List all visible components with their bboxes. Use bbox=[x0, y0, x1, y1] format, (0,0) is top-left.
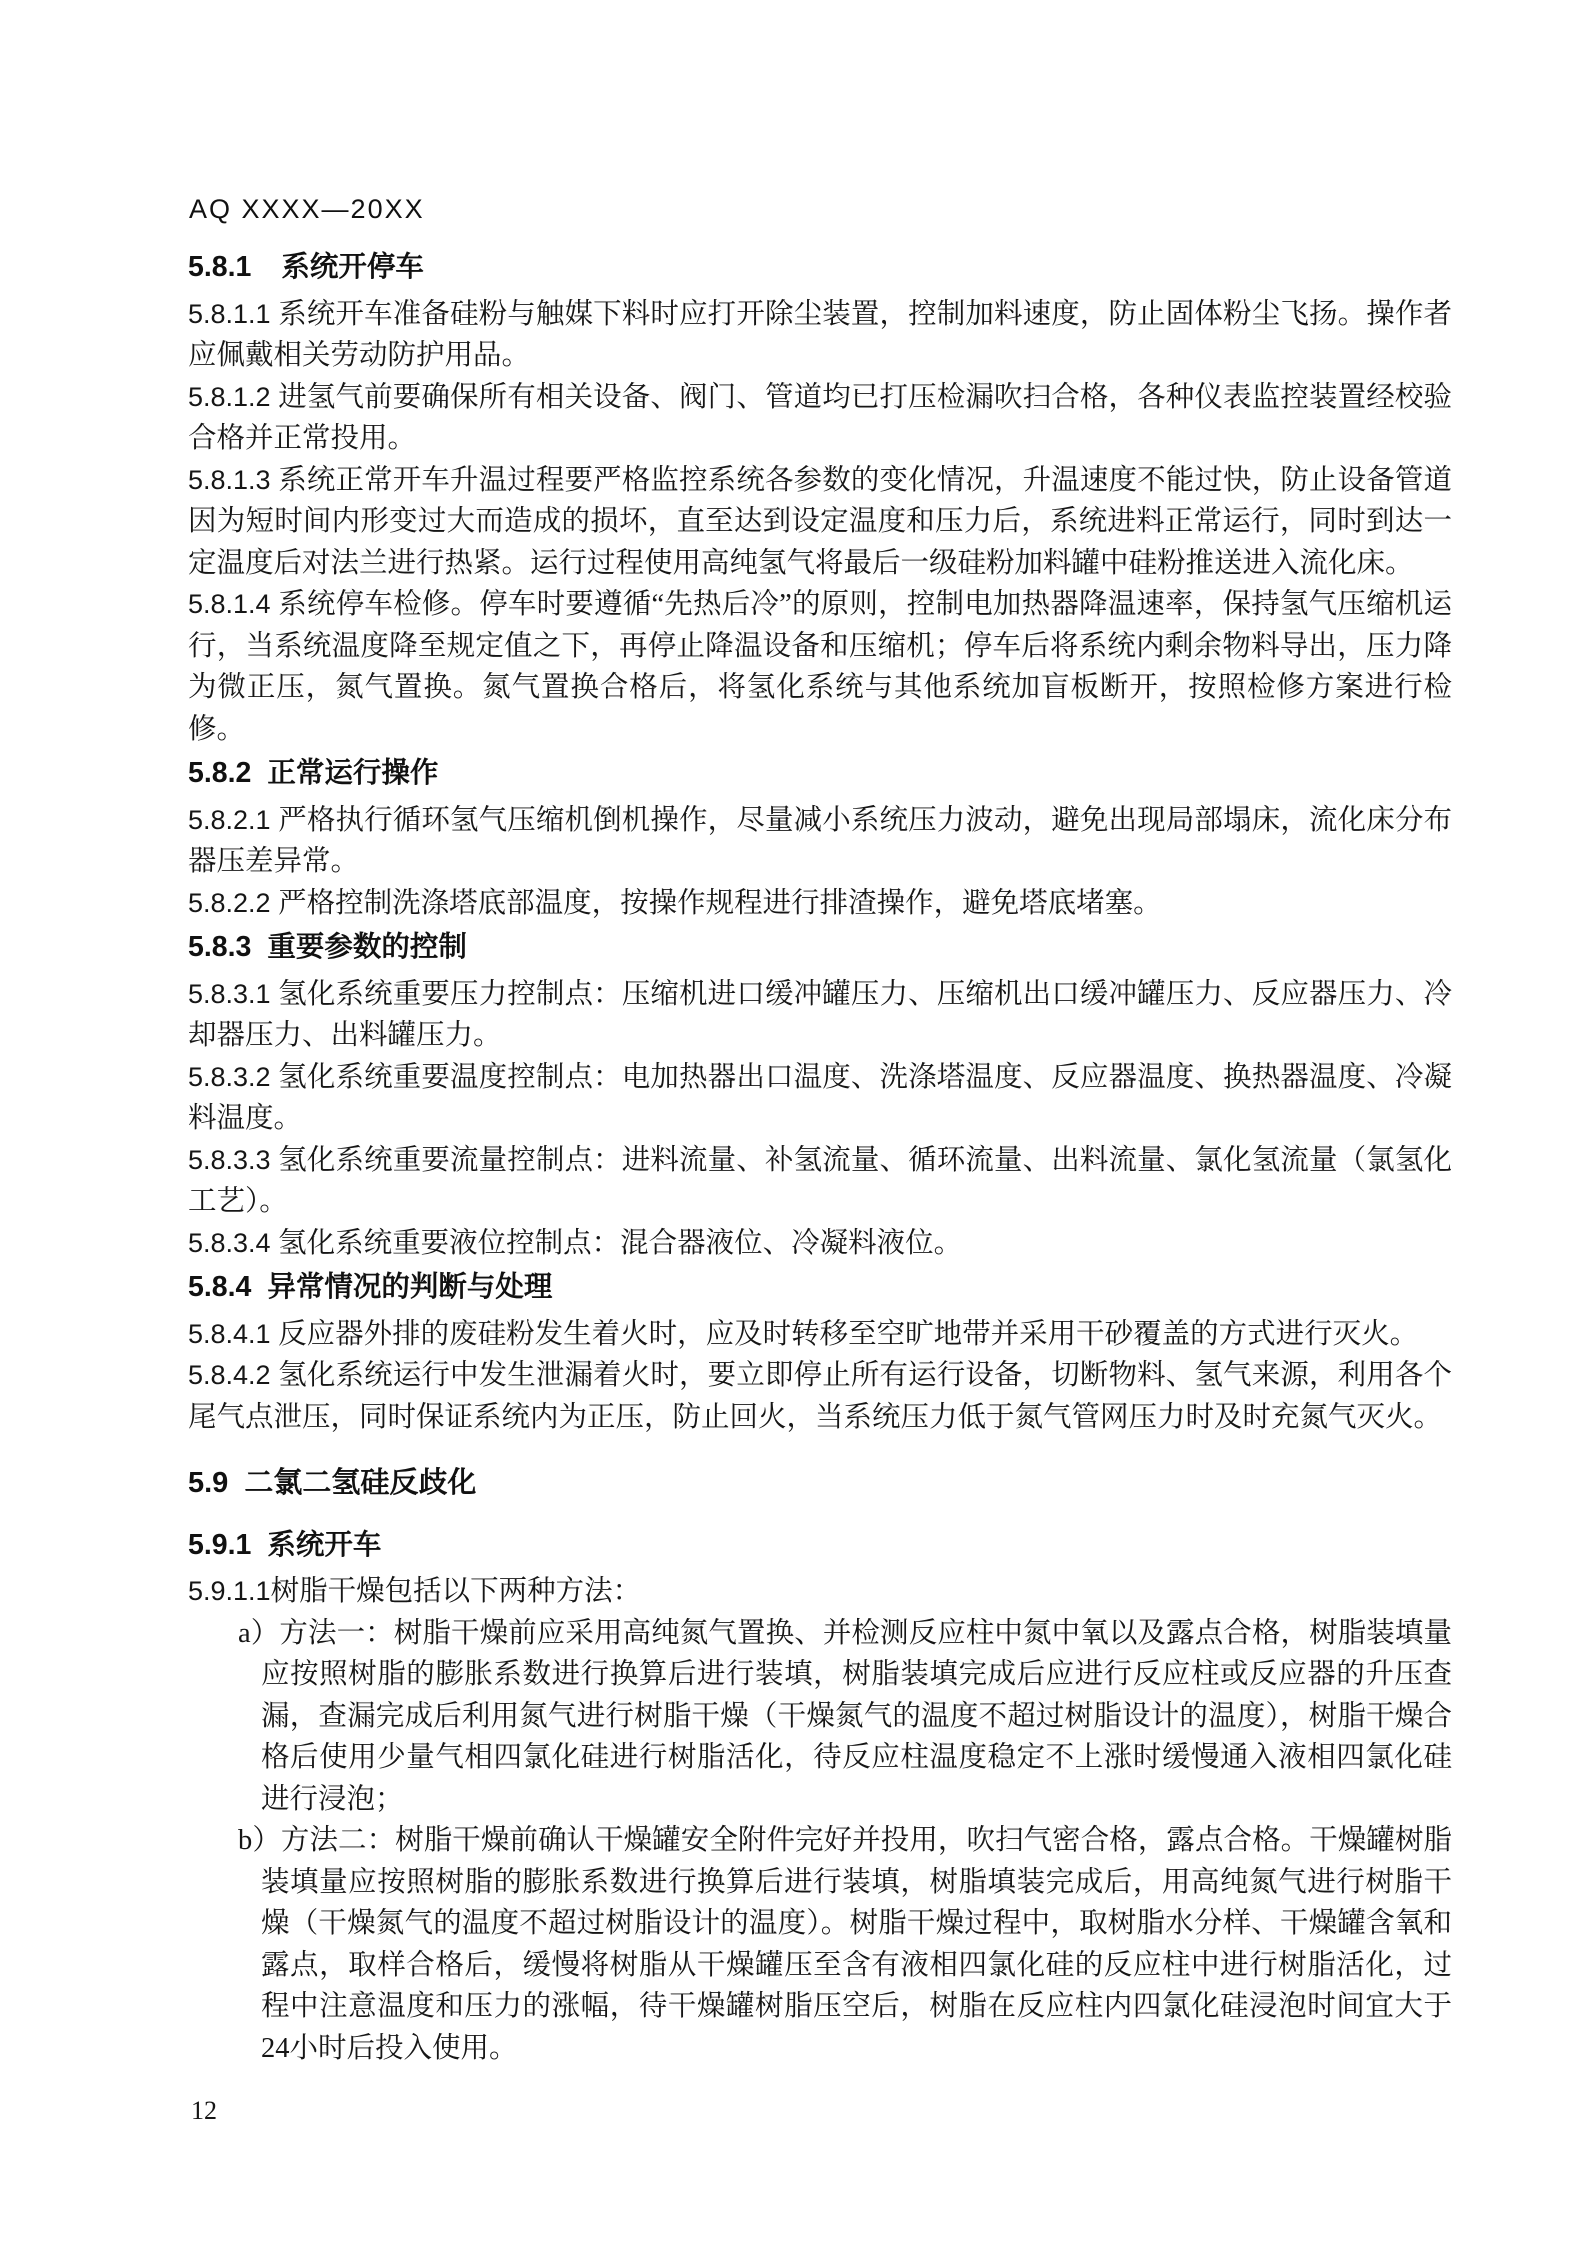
document-code-header: AQ XXXX—20XX bbox=[189, 194, 425, 225]
clause-number: 5.8.1.1 bbox=[188, 299, 278, 329]
clause-text: 氢化系统重要液位控制点：混合器液位、冷凝料液位。 bbox=[278, 1228, 962, 1259]
section-heading-5-8-2: 5.8.2正常运行操作 bbox=[188, 753, 1452, 795]
clause-number: 5.8.3.2 bbox=[188, 1062, 278, 1092]
clause-text: 氢化系统运行中发生泄漏着火时，要立即停止所有运行设备，切断物料、氢气来源，利用各… bbox=[188, 1360, 1452, 1433]
clause-text: 系统正常开车升温过程要严格监控系统各参数的变化情况，升温速度不能过快，防止设备管… bbox=[188, 465, 1452, 579]
page: AQ XXXX—20XX 5.8.1系统开停车 5.8.1.1 系统开车准备硅粉… bbox=[0, 0, 1587, 2245]
clause-text: 系统停车检修。停车时要遵循“先热后冷”的原则，控制电加热器降温速率，保持氢气压缩… bbox=[188, 589, 1452, 745]
clause-number: 5.8.3.4 bbox=[188, 1228, 278, 1258]
clause-text: 树脂干燥包括以下两种方法： bbox=[271, 1576, 642, 1607]
clause-paragraph-5-8-1-2: 5.8.1.2 进氢气前要确保所有相关设备、阀门、管道均已打压检漏吹扫合格，各种… bbox=[188, 377, 1452, 460]
clause-number: 5.9.1.1 bbox=[188, 1576, 271, 1606]
clause-paragraph-5-8-3-3: 5.8.3.3 氢化系统重要流量控制点：进料流量、补氢流量、循环流量、出料流量、… bbox=[188, 1140, 1452, 1223]
list-item-a: a）方法一：树脂干燥前应采用高纯氮气置换、并检测反应柱中氮中氧以及露点合格，树脂… bbox=[188, 1613, 1452, 1821]
clause-text: 反应器外排的废硅粉发生着火时，应及时转移至空旷地带并采用干砂覆盖的方式进行灭火。 bbox=[278, 1319, 1418, 1350]
clause-number: 5.8.4.2 bbox=[188, 1360, 278, 1390]
clause-text: 系统开车准备硅粉与触媒下料时应打开除尘装置，控制加料速度，防止固体粉尘飞扬。操作… bbox=[188, 299, 1452, 372]
heading-title: 二氯二氢硅反歧化 bbox=[244, 1467, 476, 1499]
clause-paragraph-5-8-3-1: 5.8.3.1 氢化系统重要压力控制点：压缩机进口缓冲罐压力、压缩机出口缓冲罐压… bbox=[188, 974, 1452, 1057]
clause-text: 进氢气前要确保所有相关设备、阀门、管道均已打压检漏吹扫合格，各种仪表监控装置经校… bbox=[188, 382, 1452, 455]
heading-title: 系统开车 bbox=[267, 1529, 381, 1561]
section-heading-5-8-4: 5.8.4异常情况的判断与处理 bbox=[188, 1267, 1452, 1309]
clause-number: 5.8.4.1 bbox=[188, 1319, 278, 1349]
clause-number: 5.8.3.1 bbox=[188, 979, 278, 1009]
clause-paragraph-5-8-2-1: 5.8.2.1 严格执行循环氢气压缩机倒机操作，尽量减小系统压力波动，避免出现局… bbox=[188, 800, 1452, 883]
page-number: 12 bbox=[191, 2096, 217, 2126]
heading-number: 5.8.3 bbox=[188, 931, 251, 963]
method-list: a）方法一：树脂干燥前应采用高纯氮气置换、并检测反应柱中氮中氧以及露点合格，树脂… bbox=[188, 1613, 1452, 2070]
heading-title: 正常运行操作 bbox=[267, 757, 438, 789]
clause-text: 氢化系统重要流量控制点：进料流量、补氢流量、循环流量、出料流量、氯化氢流量（氯氢… bbox=[188, 1145, 1452, 1218]
section-heading-5-8-3: 5.8.3重要参数的控制 bbox=[188, 927, 1452, 969]
heading-number: 5.9.1 bbox=[188, 1529, 251, 1561]
clause-paragraph-5-9-1-1: 5.9.1.1树脂干燥包括以下两种方法： bbox=[188, 1571, 1452, 1613]
clause-text: 氢化系统重要温度控制点：电加热器出口温度、洗涤塔温度、反应器温度、换热器温度、冷… bbox=[188, 1062, 1452, 1135]
list-item-text: 方法二：树脂干燥前确认干燥罐安全附件完好并投用，吹扫气密合格，露点合格。干燥罐树… bbox=[261, 1825, 1452, 2064]
clause-paragraph-5-8-4-1: 5.8.4.1 反应器外排的废硅粉发生着火时，应及时转移至空旷地带并采用干砂覆盖… bbox=[188, 1314, 1452, 1356]
clause-number: 5.8.1.2 bbox=[188, 382, 278, 412]
list-item-b: b）方法二：树脂干燥前确认干燥罐安全附件完好并投用，吹扫气密合格，露点合格。干燥… bbox=[188, 1820, 1452, 2069]
heading-number: 5.8.1 bbox=[188, 251, 251, 283]
section-heading-5-9-1: 5.9.1系统开车 bbox=[188, 1525, 1452, 1567]
clause-paragraph-5-8-3-4: 5.8.3.4 氢化系统重要液位控制点：混合器液位、冷凝料液位。 bbox=[188, 1223, 1452, 1265]
clause-number: 5.8.2.2 bbox=[188, 888, 278, 918]
clause-text: 严格控制洗涤塔底部温度，按操作规程进行排渣操作，避免塔底堵塞。 bbox=[278, 888, 1162, 919]
clause-number: 5.8.1.3 bbox=[188, 465, 278, 495]
list-item-text: 方法一：树脂干燥前应采用高纯氮气置换、并检测反应柱中氮中氧以及露点合格，树脂装填… bbox=[261, 1618, 1452, 1815]
clause-number: 5.8.3.3 bbox=[188, 1145, 278, 1175]
heading-number: 5.8.2 bbox=[188, 757, 251, 789]
document-body: 5.8.1系统开停车 5.8.1.1 系统开车准备硅粉与触媒下料时应打开除尘装置… bbox=[188, 247, 1452, 2069]
heading-title: 重要参数的控制 bbox=[267, 931, 467, 963]
clause-paragraph-5-8-3-2: 5.8.3.2 氢化系统重要温度控制点：电加热器出口温度、洗涤塔温度、反应器温度… bbox=[188, 1057, 1452, 1140]
clause-text: 氢化系统重要压力控制点：压缩机进口缓冲罐压力、压缩机出口缓冲罐压力、反应器压力、… bbox=[188, 979, 1452, 1052]
heading-title: 异常情况的判断与处理 bbox=[267, 1271, 552, 1303]
clause-paragraph-5-8-1-1: 5.8.1.1 系统开车准备硅粉与触媒下料时应打开除尘装置，控制加料速度，防止固… bbox=[188, 294, 1452, 377]
section-heading-5-8-1: 5.8.1系统开停车 bbox=[188, 247, 1452, 289]
heading-number: 5.8.4 bbox=[188, 1271, 251, 1303]
heading-number: 5.9 bbox=[188, 1467, 228, 1499]
clause-paragraph-5-8-1-4: 5.8.1.4 系统停车检修。停车时要遵循“先热后冷”的原则，控制电加热器降温速… bbox=[188, 584, 1452, 750]
list-item-marker: b） bbox=[238, 1825, 281, 1856]
clause-number: 5.8.1.4 bbox=[188, 589, 278, 619]
clause-paragraph-5-8-1-3: 5.8.1.3 系统正常开车升温过程要严格监控系统各参数的变化情况，升温速度不能… bbox=[188, 460, 1452, 585]
clause-paragraph-5-8-2-2: 5.8.2.2 严格控制洗涤塔底部温度，按操作规程进行排渣操作，避免塔底堵塞。 bbox=[188, 883, 1452, 925]
clause-paragraph-5-8-4-2: 5.8.4.2 氢化系统运行中发生泄漏着火时，要立即停止所有运行设备，切断物料、… bbox=[188, 1355, 1452, 1438]
section-heading-5-9: 5.9二氯二氢硅反歧化 bbox=[188, 1463, 1452, 1505]
clause-number: 5.8.2.1 bbox=[188, 805, 278, 835]
list-item-marker: a） bbox=[238, 1618, 279, 1649]
heading-title: 系统开停车 bbox=[281, 251, 424, 283]
clause-text: 严格执行循环氢气压缩机倒机操作，尽量减小系统压力波动，避免出现局部塌床，流化床分… bbox=[188, 805, 1452, 878]
